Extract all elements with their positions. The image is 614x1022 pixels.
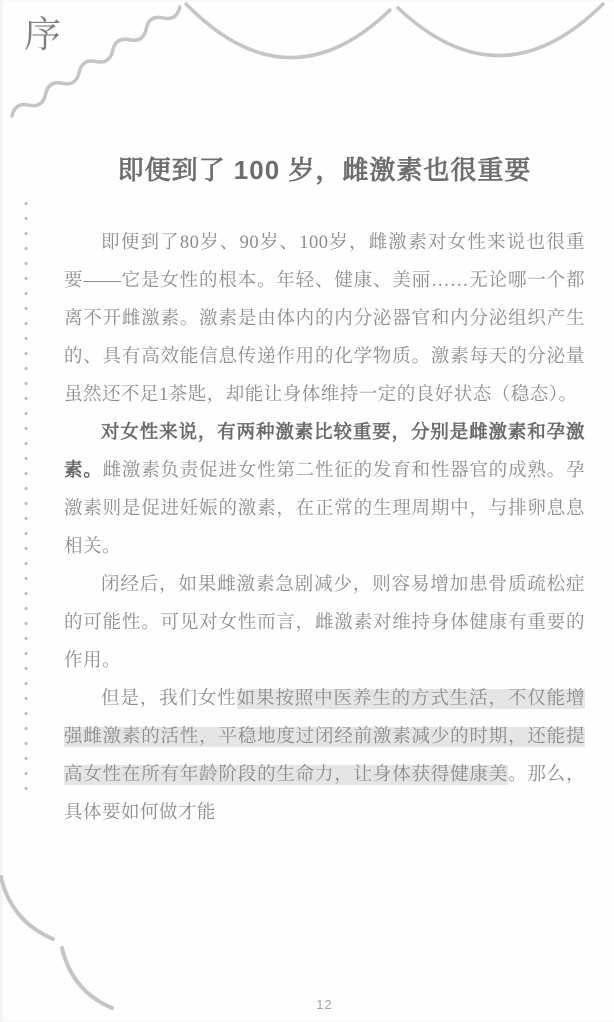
book-page: 序 即便到了 100 岁，雌激素也很重要 即便到了80岁、90岁、100岁，雌激… (0, 0, 614, 1022)
paragraph-text: 闭经后，如果雌激素急剧减少，则容易增加患骨质疏松症的可能性。可见对女性而言，雌激… (64, 575, 585, 671)
body-text-block: 即便到了80岁、90岁、100岁，雌激素对女性来说也很重要——它是女性的根本。年… (64, 224, 585, 832)
dotted-left-rule (23, 196, 29, 793)
chapter-title: 即便到了 100 岁，雌激素也很重要 (64, 150, 585, 187)
top-arc-right (398, 4, 603, 56)
bottom-left-arc-upper (1, 877, 53, 939)
paragraph-hormone-intro: 即便到了80岁、90岁、100岁，雌激素对女性来说也很重要——它是女性的根本。年… (64, 224, 585, 414)
preface-section-marker: 序 (24, 4, 61, 58)
paragraph-text: 但是，我们女性 (101, 689, 237, 709)
page-number: 12 (64, 997, 585, 1012)
top-arc-left (186, 4, 390, 58)
paragraph-text: 雌激素负责促进女性第二性征的发育和性器官的成熟。孕激素则是促进妊娠的激素，在正常… (64, 461, 585, 557)
paragraph-text: 即便到了80岁、90岁、100岁，雌激素对女性来说也很重要——它是女性的根本。年… (64, 233, 585, 405)
paragraph-menopause: 闭经后，如果雌激素急剧减少，则容易增加患骨质疏松症的可能性。可见对女性而言，雌激… (64, 566, 585, 680)
paragraph-two-hormones: 对女性来说，有两种激素比较重要，分别是雌激素和孕激素。雌激素负责促进女性第二性征… (64, 414, 585, 566)
paragraph-tcm-advice: 但是，我们女性如果按照中医养生的方式生活，不仅能增强雌激素的活性，平稳地度过闭经… (64, 680, 585, 832)
